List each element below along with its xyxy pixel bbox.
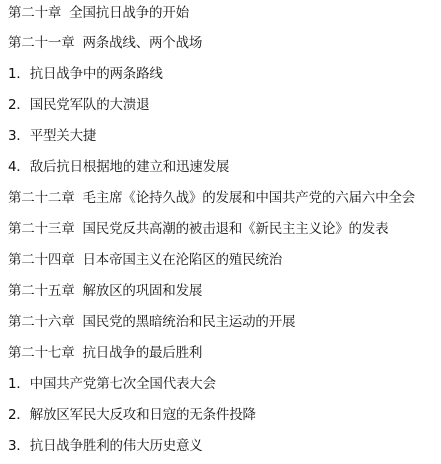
- chapter-title: 国民党的黑暗统治和民主运动的开展: [83, 314, 296, 330]
- chapter-title: 毛主席《论持久战》的发展和中国共产党的六届六中全会: [83, 190, 416, 206]
- section-title: 抗日战争胜利的伟大历史意义: [30, 438, 203, 454]
- section-number: 2．: [8, 94, 30, 116]
- section-title: 敌后抗日根据地的建立和迅速发展: [30, 159, 230, 175]
- chapter-22: 第二十二章毛主席《论持久战》的发展和中国共产党的六届六中全会: [8, 187, 415, 209]
- section-number: 1．: [8, 373, 30, 395]
- section-number: 3．: [8, 125, 30, 147]
- section-item: 2．国民党军队的大溃退: [8, 94, 149, 116]
- chapter-label: 第二十三章: [8, 218, 75, 240]
- chapter-20: 第二十章全国抗日战争的开始: [8, 2, 189, 24]
- chapter-title: 抗日战争的最后胜利: [83, 345, 203, 361]
- chapter-21: 第二十一章两条战线、两个战场: [8, 32, 202, 54]
- chapter-23: 第二十三章国民党反共高潮的被击退和《新民主主义论》的发表: [8, 218, 388, 240]
- section-item: 4．敌后抗日根据地的建立和迅速发展: [8, 156, 229, 178]
- section-item: 1．抗日战争中的两条路线: [8, 63, 163, 85]
- chapter-label: 第二十六章: [8, 311, 75, 333]
- section-item: 3．抗日战争胜利的伟大历史意义: [8, 435, 203, 457]
- section-title: 国民党军队的大溃退: [30, 97, 150, 113]
- chapter-label: 第二十七章: [8, 342, 75, 364]
- chapter-title: 日本帝国主义在沦陷区的殖民统治: [83, 252, 283, 268]
- chapter-label: 第二十一章: [8, 32, 75, 54]
- chapter-27: 第二十七章抗日战争的最后胜利: [8, 342, 202, 364]
- section-title: 平型关大捷: [30, 128, 97, 144]
- chapter-label: 第二十章: [8, 2, 61, 24]
- chapter-title: 全国抗日战争的开始: [69, 5, 189, 21]
- chapter-label: 第二十四章: [8, 249, 75, 271]
- chapter-label: 第二十二章: [8, 187, 75, 209]
- section-number: 1．: [8, 63, 30, 85]
- section-item: 2．解放区军民大反攻和日寇的无条件投降: [8, 404, 256, 426]
- section-title: 解放区军民大反攻和日寇的无条件投降: [30, 407, 256, 423]
- chapter-24: 第二十四章日本帝国主义在沦陷区的殖民统治: [8, 249, 282, 271]
- section-item: 1．中国共产党第七次全国代表大会: [8, 373, 216, 395]
- chapter-title: 两条战线、两个战场: [83, 35, 203, 51]
- chapter-title: 国民党反共高潮的被击退和《新民主主义论》的发表: [83, 221, 389, 237]
- section-number: 4．: [8, 156, 30, 178]
- section-title: 抗日战争中的两条路线: [30, 66, 163, 82]
- section-item: 3．平型关大捷: [8, 125, 96, 147]
- chapter-label: 第二十五章: [8, 280, 75, 302]
- chapter-title: 解放区的巩固和发展: [83, 283, 203, 299]
- section-number: 3．: [8, 435, 30, 457]
- table-of-contents: 第二十章全国抗日战争的开始 第二十一章两条战线、两个战场 1．抗日战争中的两条路…: [0, 0, 441, 464]
- section-title: 中国共产党第七次全国代表大会: [30, 376, 216, 392]
- chapter-26: 第二十六章国民党的黑暗统治和民主运动的开展: [8, 311, 295, 333]
- section-number: 2．: [8, 404, 30, 426]
- chapter-25: 第二十五章解放区的巩固和发展: [8, 280, 202, 302]
